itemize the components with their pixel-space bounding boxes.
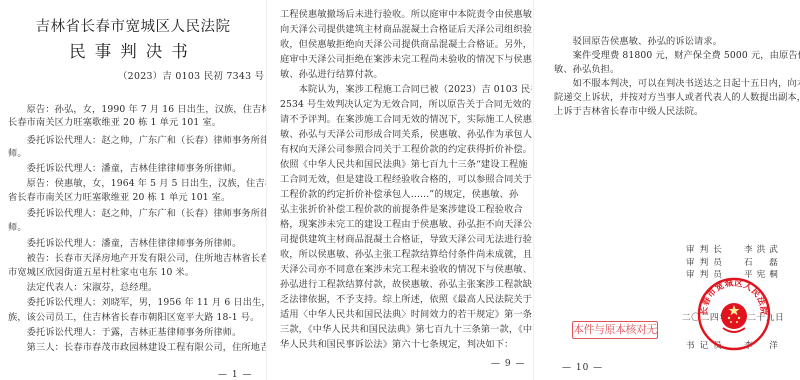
text-line: 敏、孙弘与天泽公司形成合同关系，侯惠敏、孙弘作为承包人 <box>280 129 532 141</box>
text-line: 市宽城区欣园街道五星村杜家屯屯东 10 米。 <box>8 267 194 279</box>
text-line: 师。 <box>8 148 27 160</box>
text-line: 有权向天泽公司参照合同关于工程价款的约定获得折价补偿。 <box>280 144 532 156</box>
text-line: 委托诉讼代理人：于露，吉林正基律师事务所律师。 <box>8 327 241 339</box>
judge-row: 审判员石 磊 <box>686 257 782 270</box>
judge-role: 审判长 <box>686 244 744 257</box>
judge-row: 审判长李洪武 <box>686 244 782 257</box>
text-line: 收，所以侯惠敏、孙弘主张工程款结算给付条件尚未成就，且 <box>280 249 532 261</box>
text-line: 孙弘进行工程款结算付款，故侯惠敏、孙弘主张案涉工程款缺 <box>280 279 532 291</box>
page-number: — 10 — <box>562 363 603 373</box>
text-line: 乏法律依据，不予支持。综上所述，依照《最高人民法院关于 <box>280 294 532 306</box>
document-page-1: 吉林省长春市宽城区人民法院 民事判决书 （2023）吉 0103 民初 7343… <box>0 0 266 380</box>
text-line: 敏、孙弘进行结算付款。 <box>280 69 383 81</box>
text-line: 院递交上诉状，并按对方当事人或者代表人的人数提出副本， <box>554 92 800 104</box>
text-line: 上诉于吉林省长春市中级人民法院。 <box>554 106 703 118</box>
text-line: 请不予评判。在案涉施工合同无效的情况下，实际施工人侯惠 <box>280 114 532 126</box>
text-line: 委托诉讼代理人：潘童，吉林佳律律师事务所律师。 <box>8 238 241 250</box>
text-line: 被告：长春市天泽房地产开发有限公司，住所地吉林省长春 <box>8 253 266 265</box>
text-line: 族，该公司员工，住吉林省长春市朝阳区宽平大路 18-1 号。 <box>8 312 259 324</box>
text-line: 收，但侯惠敏拒绝向天泽公司提供商品混凝土合格证。另外， <box>280 39 532 51</box>
text-line: 法定代表人：宋淑芬，总经理。 <box>8 282 157 294</box>
judge-name: 李洪武 <box>744 244 782 257</box>
text-line: 委托诉讼代理人：赵之帅，广东广和（长春）律师事务所律 <box>8 208 266 220</box>
text-line: 如不服本判决，可以在判决书送达之日起十五日内，向本 <box>554 78 800 90</box>
text-line: 工合同无效，但是建设工程经验收合格的，可以参照合同关于 <box>280 174 532 186</box>
text-line: 司提供建筑主材商品混凝土合格证，导致天泽公司无法进行验 <box>280 234 532 246</box>
text-line: 驳回原告侯惠敏、孙弘的诉讼请求。 <box>554 36 722 48</box>
text-line: 第三人：长春市春茂市政园林建设工程有限公司，住所地吉 <box>8 342 266 354</box>
copy-verified-stamp: 本件与原本核对无异 <box>572 321 658 339</box>
text-line: 适用〈中华人民共和国民法典〉时间效力的若干规定》第一条第 <box>280 309 532 321</box>
text-line: 委托诉讼代理人：赵之帅，广东广和（长春）律师事务所律 <box>8 135 266 147</box>
text-line: 委托诉讼代理人：刘晓军，男，1956 年 11 月 6 日出生，汉 <box>8 297 266 309</box>
document-title: 民事判决书 <box>0 38 266 62</box>
text-line: 庭审中天泽公司拒绝在案涉未完工程尚未验收的情况下与侯惠 <box>280 54 532 66</box>
text-line: 原告：孙弘，女，1990 年 7 月 16 日出生，汉族，住吉林省 <box>8 104 266 116</box>
text-line: 格，现案涉未完工的建设工程由于侯惠敏、孙弘拒不向天泽公 <box>280 219 532 231</box>
text-line: 依照《中华人民共和国民法典》第七百九十三条“建设工程施 <box>280 159 528 171</box>
court-seal-icon: 长春市宽城区人民法院 <box>696 276 772 352</box>
text-line: 工程侯惠敏撤场后未进行验收。所以庭审中本院责令由侯惠敏 <box>280 9 532 21</box>
text-line: 2534 号生效判决认定为无效合同，所以原告关于合同无效的诉 <box>280 99 532 111</box>
text-line: 原告：侯惠敏，女，1964 年 5 月 5 日出生，汉族，住吉林 <box>8 178 266 190</box>
text-line: 师。 <box>8 222 27 234</box>
text-line: 华人民共和国民事诉讼法》第六十七条规定，判决如下： <box>280 339 513 351</box>
page-number: — 1 — <box>218 370 252 380</box>
text-line: 敏、孙弘负担。 <box>554 64 619 76</box>
case-number: （2023）吉 0103 民初 7343 号 <box>118 68 264 82</box>
judge-role: 审判员 <box>686 257 744 270</box>
text-line: 省长春市南关区力旺塞歌维亚 20 栋 1 单元 101 室。 <box>8 192 230 204</box>
text-line: 本院认为，案涉工程施工合同已被（2023）吉 0103 民初 <box>280 84 532 96</box>
document-page-9: 工程侯惠敏撤场后未进行验收。所以庭审中本院责令由侯惠敏 向天泽公司提供建筑主材商… <box>268 0 532 380</box>
judge-name: 石 磊 <box>744 257 782 270</box>
page-divider <box>266 0 267 380</box>
court-name: 吉林省长春市宽城区人民法院 <box>0 15 266 36</box>
text-line: 长春市南关区力旺塞歌维亚 20 栋 1 单元 101 室。 <box>8 117 221 129</box>
text-line: 工程价款的约定折价补偿承包人……”的规定，侯惠敏、孙 <box>280 189 518 201</box>
text-line: 天泽公司亦不同意在案涉未完工程未验收的情况下与侯惠敏、 <box>280 264 532 276</box>
text-line: 向天泽公司提供建筑主材商品混凝土合格证后天泽公司组织验 <box>280 24 532 36</box>
text-line: 弘主张折价补偿工程价款的前提条件是案涉建设工程验收合 <box>280 204 523 216</box>
text-line: 三款，《中华人民共和国民法典》第七百九十三条第一款，《中 <box>280 324 532 336</box>
page-number: — 9 — <box>491 359 525 369</box>
text-line: 案件受理费 81800 元，财产保全费 5000 元，由原告侯惠 <box>554 50 800 62</box>
text-line: 委托诉讼代理人：潘童，吉林佳律律师事务所律师。 <box>8 163 241 175</box>
